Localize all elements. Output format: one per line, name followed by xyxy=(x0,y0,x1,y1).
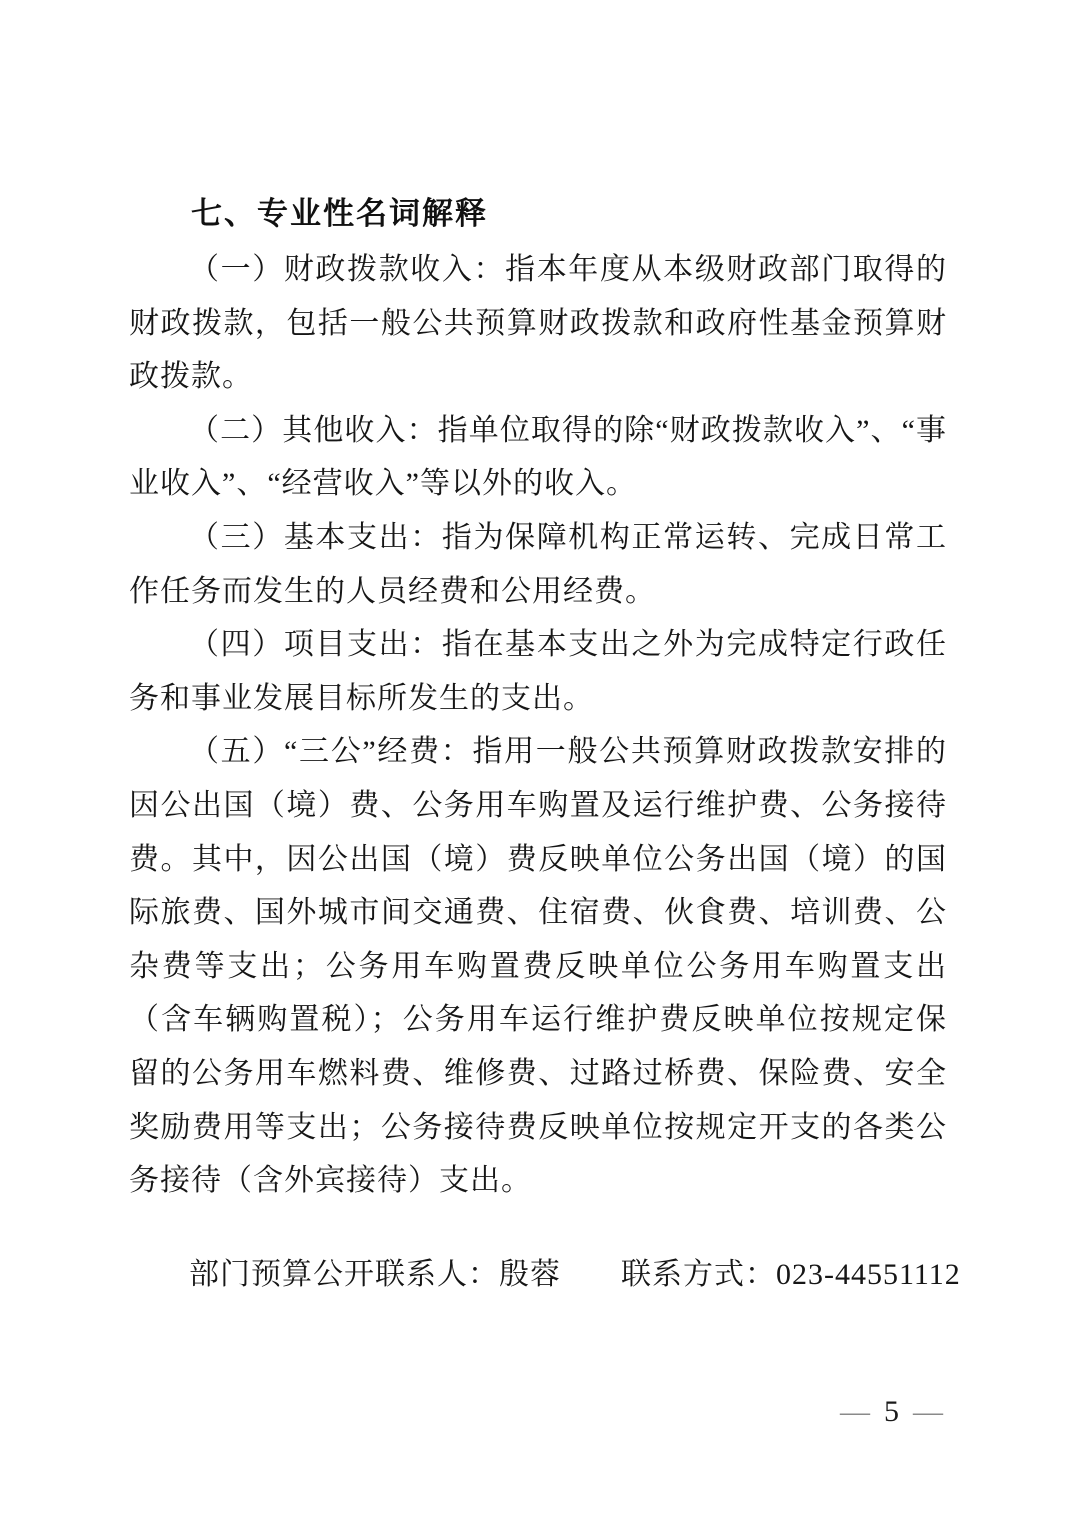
footer-left-dash: — xyxy=(840,1395,870,1428)
page-number: 5 xyxy=(884,1395,899,1428)
section-heading: 七、专业性名词解释 xyxy=(191,190,947,238)
document-content: 七、专业性名词解释 （一）财政拨款收入：指本年度从本级财政部门取得的财政拨款，包… xyxy=(129,190,947,1301)
page-number-footer: —5— xyxy=(840,1392,943,1432)
footer-right-dash: — xyxy=(913,1395,943,1428)
document-page: 七、专业性名词解释 （一）财政拨款收入：指本年度从本级财政部门取得的财政拨款，包… xyxy=(0,0,1074,1520)
contact-line: 部门预算公开联系人：殷蓉联系方式：023-44551112 xyxy=(129,1248,947,1302)
contact-person: 部门预算公开联系人：殷蓉 xyxy=(189,1258,561,1291)
paragraph-definition-5: （五）“三公”经费：指用一般公共预算财政拨款安排的因公出国（境）费、公务用车购置… xyxy=(129,725,947,1207)
paragraph-definition-1: （一）财政拨款收入：指本年度从本级财政部门取得的财政拨款，包括一般公共预算财政拨… xyxy=(129,243,947,404)
contact-method: 联系方式：023-44551112 xyxy=(621,1258,961,1291)
paragraph-definition-3: （三）基本支出：指为保障机构正常运转、完成日常工作任务而发生的人员经费和公用经费… xyxy=(129,511,947,618)
paragraph-definition-4: （四）项目支出：指在基本支出之外为完成特定行政任务和事业发展目标所发生的支出。 xyxy=(129,618,947,725)
paragraph-definition-2: （二）其他收入：指单位取得的除“财政拨款收入”、“事业收入”、“经营收入”等以外… xyxy=(129,404,947,511)
paragraph-list: （一）财政拨款收入：指本年度从本级财政部门取得的财政拨款，包括一般公共预算财政拨… xyxy=(129,243,947,1208)
